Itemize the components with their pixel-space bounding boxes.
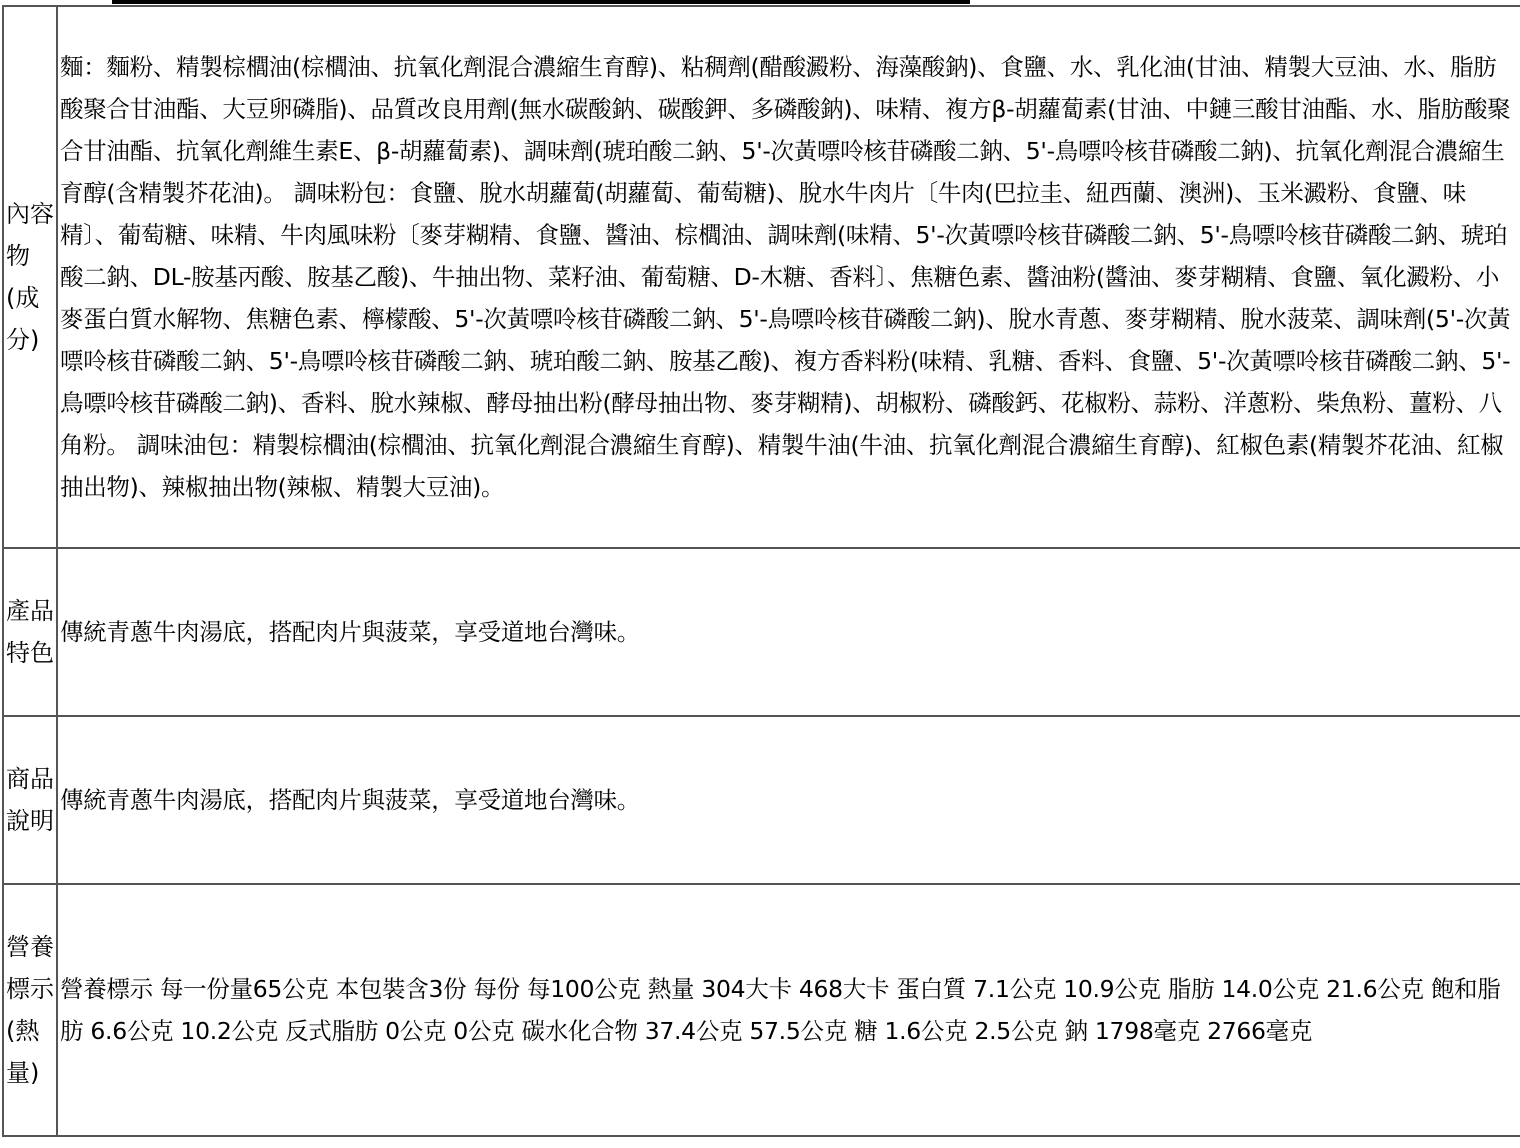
table-row-nutrition: 營養標示(熱量) 營養標示 每一份量65公克 本包裝含3份 每份 每100公克 … [3,884,1520,1136]
table-row-ingredients: 內容物(成分) 麵：麵粉、精製棕櫚油(棕櫚油、抗氧化劑混合濃縮生育醇)、粘稠劑(… [3,6,1520,548]
nutrition-value: 營養標示 每一份量65公克 本包裝含3份 每份 每100公克 熱量 304大卡 … [60,975,1500,1045]
ingredients-label: 內容物(成分) [6,193,54,361]
features-value: 傳統青蔥牛肉湯底，搭配肉片與菠菜，享受道地台灣味。 [60,618,640,646]
table-row-features: 產品特色 傳統青蔥牛肉湯底，搭配肉片與菠菜，享受道地台灣味。 [3,548,1520,716]
row-value-cell: 傳統青蔥牛肉湯底，搭配肉片與菠菜，享受道地台灣味。 [57,716,1520,884]
table-row-description: 商品說明 傳統青蔥牛肉湯底，搭配肉片與菠菜，享受道地台灣味。 [3,716,1520,884]
ingredients-value: 麵：麵粉、精製棕櫚油(棕櫚油、抗氧化劑混合濃縮生育醇)、粘稠劑(醋酸澱粉、海藻酸… [60,53,1510,501]
row-label-cell: 商品說明 [3,716,57,884]
description-value: 傳統青蔥牛肉湯底，搭配肉片與菠菜，享受道地台灣味。 [60,786,640,814]
row-label-cell: 產品特色 [3,548,57,716]
row-value-cell: 營養標示 每一份量65公克 本包裝含3份 每份 每100公克 熱量 304大卡 … [57,884,1520,1136]
nutrition-label: 營養標示(熱量) [6,926,54,1094]
row-label-cell: 內容物(成分) [3,6,57,548]
row-value-cell: 傳統青蔥牛肉湯底，搭配肉片與菠菜，享受道地台灣味。 [57,548,1520,716]
product-spec-table: 內容物(成分) 麵：麵粉、精製棕櫚油(棕櫚油、抗氧化劑混合濃縮生育醇)、粘稠劑(… [2,5,1520,1137]
features-label: 產品特色 [6,590,54,674]
row-value-cell: 麵：麵粉、精製棕櫚油(棕櫚油、抗氧化劑混合濃縮生育醇)、粘稠劑(醋酸澱粉、海藻酸… [57,6,1520,548]
row-label-cell: 營養標示(熱量) [3,884,57,1136]
clipped-previous-row-underline [112,0,970,4]
description-label: 商品說明 [6,758,54,842]
